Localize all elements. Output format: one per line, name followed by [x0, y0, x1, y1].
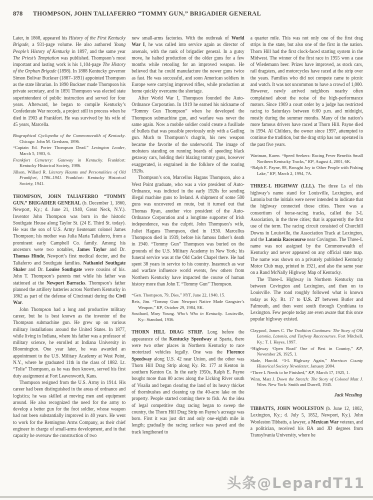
bibliography-entry: Slade, Harold. “3-L Highway Again,” Harr… — [250, 358, 363, 370]
bibliography-entry: “Three L Needs to be Finished,” KP, Marc… — [250, 370, 363, 376]
page-bottom-edge — [0, 496, 373, 498]
bibliography-entry: Biographical Cyclopedia of the Commonwea… — [13, 133, 126, 145]
bibliography-entry: Wartman, Karen. “Speed Seekers: Racing F… — [250, 153, 363, 165]
article-paragraph: a quarter mile. This was not only one of… — [250, 36, 363, 149]
bibliography-entry: Winn, Matt J. Down the Stretch: The Stor… — [250, 376, 363, 388]
article-heading-paragraph: TIBBATTS, JOHN WOOLESTON (b. June 12, 18… — [250, 406, 363, 439]
article-paragraph: John Thompson had a long and productive … — [13, 307, 126, 380]
bibliography-entry: “Ralph E. Payne, 88, Brought Joy to Othe… — [250, 165, 363, 177]
bibliography-entry: Reis, Jim. “Tommy Gun: Newport Native Ma… — [132, 299, 245, 311]
article-paragraph: Later, in 1868, appeared his History of … — [13, 36, 126, 129]
page-header: 878THOMPSON, JOHN TALIAFERRO “TOMMY GUN,… — [13, 10, 363, 18]
article-paragraph: After World War I, Thompson founded the … — [132, 95, 245, 175]
article-paragraph: new small-arms factories. With the outbr… — [132, 36, 245, 96]
bibliography-entry: “Gen. Thompson, 79, Dies,” NYT, June 22,… — [132, 293, 245, 299]
bibliography-entry: Frankfort Cemetery: Gateway in Kentucky.… — [13, 157, 126, 169]
watermark: 头条@LepardT11 — [227, 473, 365, 493]
page-number: 878 — [13, 10, 23, 17]
bibliography-entry: “Captain Ed. Porter Thompson Dead.” Lexi… — [13, 145, 126, 157]
text-columns: Later, in 1868, appeared his History of … — [13, 36, 363, 480]
author-byline: Jack Wessling — [250, 392, 363, 399]
bibliography-entry: “Highway ‘Open Road’ One of Best in Coun… — [250, 346, 363, 358]
article-heading-paragraph: THOMPSON, JOHN TALIAFERRO “TOMMY GUN,” B… — [13, 194, 126, 307]
article-heading-paragraph: THREE-L HIGHWAY (LLL). The three Ls of t… — [250, 184, 363, 277]
article-heading-paragraph: THORN HILL DRAG STRIP. Long before the a… — [132, 330, 245, 436]
scanned-book-page: 878THOMPSON, JOHN TALIAFERRO “TOMMY GUN,… — [0, 0, 373, 500]
article-paragraph: The Three-L Highway in Northern Kentucky… — [250, 277, 363, 324]
article-paragraph: Thompson’s son, Marcellus Hagans Thompso… — [132, 175, 245, 288]
column-2: new small-arms factories. With the outbr… — [132, 36, 245, 480]
column-3: a quarter mile. This was not only one of… — [250, 36, 363, 480]
article-paragraph: Thompson resigned from the U.S. Army in … — [13, 380, 126, 440]
column-1: Later, in 1868, appeared his History of … — [13, 36, 126, 480]
bibliography-entry: Jillson, Willard R. Literary Haunts and … — [13, 169, 126, 186]
bibliography-entry: Claypool, James C. The Tradition Continu… — [250, 328, 363, 345]
bibliography-entry: Southard, Mary Young. Who’s Who in Kentu… — [132, 311, 245, 323]
running-head: THOMPSON, JOHN TALIAFERRO “TOMMY GUN,” B… — [33, 10, 261, 17]
